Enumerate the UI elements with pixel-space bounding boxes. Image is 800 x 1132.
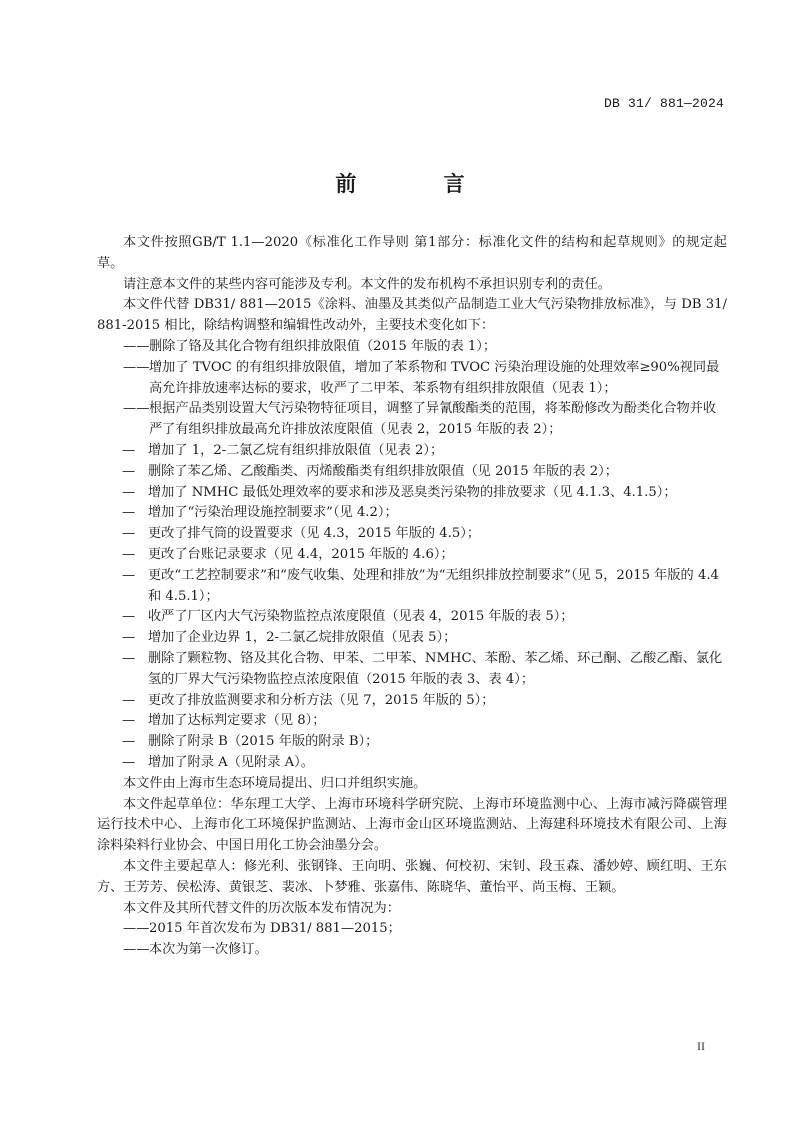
dash-marker: —— xyxy=(123,358,149,379)
list-item: ——增加了 TVOC 的有组织排放限值，增加了苯系物和 TVOC 污染治理设施的… xyxy=(97,358,727,400)
list-item: —增加了企业边界 1，2-二氯乙烷排放限值（见表 5）； xyxy=(97,628,727,649)
list-item: —增加了附录 A（见附录 A）。 xyxy=(97,753,727,774)
dash-marker: — xyxy=(122,628,135,649)
list-item-text: 2015 年首次发布为 DB31/ 881—2015； xyxy=(123,919,727,940)
paragraph-patent-notice: 请注意本文件的某些内容可能涉及专利。本文件的发布机构不承担识别专利的责任。 xyxy=(97,275,727,296)
list-item: —增加了“污染治理设施控制要求”（见 4.2）； xyxy=(97,503,727,524)
dash-marker: — xyxy=(122,441,135,462)
dash-marker: — xyxy=(122,691,135,712)
list-item: —收严了厂区内大气污染物监控点浓度限值（见表 4，2015 年版的表 5）； xyxy=(97,607,727,628)
dash-marker: — xyxy=(122,545,135,566)
page-number: II xyxy=(697,1039,705,1054)
list-item: ——本次为第一次修订。 xyxy=(97,940,727,961)
dash-marker: — xyxy=(122,649,135,670)
list-item-text: 增加了 TVOC 的有组织排放限值，增加了苯系物和 TVOC 污染治理设施的处理… xyxy=(123,358,727,400)
list-item: —更改了排气筒的设置要求（见 4.3，2015 年版的 4.5）； xyxy=(97,524,727,545)
list-item-text: 更改“工艺控制要求”和“废气收集、处理和排放”为“无组织排放控制要求”（见 5，… xyxy=(122,566,727,608)
list-item: —更改了台账记录要求（见 4.4，2015 年版的 4.6）； xyxy=(97,545,727,566)
dash-marker: — xyxy=(122,607,135,628)
list-item: ——删除了铬及其化合物有组织排放限值（2015 年版的表 1）； xyxy=(97,337,727,358)
dash-marker: — xyxy=(122,753,135,774)
list-item: ——根据产品类别设置大气污染物特征项目，调整了异氰酸酯类的范围，将苯酚修改为酚类… xyxy=(97,399,727,441)
list-item-text: 根据产品类别设置大气污染物特征项目，调整了异氰酸酯类的范围，将苯酚修改为酚类化合… xyxy=(123,399,727,441)
paragraph-proposer: 本文件由上海市生态环境局提出、归口并组织实施。 xyxy=(97,774,727,795)
dash-marker: — xyxy=(122,483,135,504)
list-item: ——2015 年首次发布为 DB31/ 881—2015； xyxy=(97,919,727,940)
list-item-text: 更改了排放监测要求和分析方法（见 7，2015 年版的 5）； xyxy=(122,691,727,712)
list-item-text: 增加了 NMHC 最低处理效率的要求和涉及恶臭类污染物的排放要求（见 4.1.3… xyxy=(122,483,727,504)
changes-list-major: ——删除了铬及其化合物有组织排放限值（2015 年版的表 1）； ——增加了 T… xyxy=(97,337,727,441)
list-item-text: 增加了附录 A（见附录 A）。 xyxy=(122,753,727,774)
list-item-text: 增加了 1，2-二氯乙烷有组织排放限值（见表 2）； xyxy=(122,441,727,462)
list-item: —更改“工艺控制要求”和“废气收集、处理和排放”为“无组织排放控制要求”（见 5… xyxy=(97,566,727,608)
paragraph-replacement: 本文件代替 DB31/ 881—2015《涂料、油墨及其类似产品制造工业大气污染… xyxy=(97,295,727,337)
list-item-text: 增加了“污染治理设施控制要求”（见 4.2）； xyxy=(122,503,727,524)
list-item-text: 删除了附录 B（2015 年版的附录 B）； xyxy=(122,732,727,753)
dash-marker: —— xyxy=(123,399,149,420)
list-item-text: 更改了排气筒的设置要求（见 4.3，2015 年版的 4.5）； xyxy=(122,524,727,545)
list-item: —增加了 NMHC 最低处理效率的要求和涉及恶臭类污染物的排放要求（见 4.1.… xyxy=(97,483,727,504)
paragraph-history-intro: 本文件及其所代替文件的历次版本发布情况为： xyxy=(97,899,727,920)
dash-marker: —— xyxy=(123,337,149,358)
changes-list-minor: —增加了 1，2-二氯乙烷有组织排放限值（见表 2）； —删除了苯乙烯、乙酸酯类… xyxy=(97,441,727,774)
list-item-text: 删除了铬及其化合物有组织排放限值（2015 年版的表 1）； xyxy=(123,337,727,358)
list-item-text: 更改了台账记录要求（见 4.4，2015 年版的 4.6）； xyxy=(122,545,727,566)
dash-marker: — xyxy=(122,503,135,524)
history-list: ——2015 年首次发布为 DB31/ 881—2015； ——本次为第一次修订… xyxy=(97,919,727,961)
list-item-text: 增加了企业边界 1，2-二氯乙烷排放限值（见表 5）； xyxy=(122,628,727,649)
paragraph-drafters: 本文件主要起草人：修光利、张钢锋、王向明、张巍、何校初、宋钊、段玉森、潘妙婷、顾… xyxy=(97,857,727,899)
dash-marker: — xyxy=(122,566,135,587)
list-item-text: 本次为第一次修订。 xyxy=(123,940,727,961)
foreword-body: 本文件按照GB/T 1.1—2020《标准化工作导则 第1部分：标准化文件的结构… xyxy=(97,233,727,961)
list-item-text: 删除了颗粒物、铬及其化合物、甲苯、二甲苯、NMHC、苯酚、苯乙烯、环己酮、乙酸乙… xyxy=(122,649,727,691)
list-item: —更改了排放监测要求和分析方法（见 7，2015 年版的 5）； xyxy=(97,691,727,712)
standard-code: DB 31/ 881—2024 xyxy=(604,96,724,111)
list-item: —删除了附录 B（2015 年版的附录 B）； xyxy=(97,732,727,753)
list-item: —增加了达标判定要求（见 8）； xyxy=(97,711,727,732)
paragraph-drafting-units: 本文件起草单位：华东理工大学、上海市环境科学研究院、上海市环境监测中心、上海市减… xyxy=(97,795,727,857)
dash-marker: — xyxy=(122,711,135,732)
list-item: —删除了苯乙烯、乙酸酯类、丙烯酸酯类有组织排放限值（见 2015 年版的表 2）… xyxy=(97,462,727,483)
list-item-text: 收严了厂区内大气污染物监控点浓度限值（见表 4，2015 年版的表 5）； xyxy=(122,607,727,628)
dash-marker: — xyxy=(122,462,135,483)
list-item-text: 增加了达标判定要求（见 8）； xyxy=(122,711,727,732)
dash-marker: —— xyxy=(123,940,149,961)
list-item-text: 删除了苯乙烯、乙酸酯类、丙烯酸酯类有组织排放限值（见 2015 年版的表 2）； xyxy=(122,462,727,483)
dash-marker: —— xyxy=(123,919,149,940)
dash-marker: — xyxy=(122,524,135,545)
list-item: —删除了颗粒物、铬及其化合物、甲苯、二甲苯、NMHC、苯酚、苯乙烯、环己酮、乙酸… xyxy=(97,649,727,691)
page-title: 前 言 xyxy=(0,168,800,198)
list-item: —增加了 1，2-二氯乙烷有组织排放限值（见表 2）； xyxy=(97,441,727,462)
paragraph-drafting-basis: 本文件按照GB/T 1.1—2020《标准化工作导则 第1部分：标准化文件的结构… xyxy=(97,233,727,275)
dash-marker: — xyxy=(122,732,135,753)
